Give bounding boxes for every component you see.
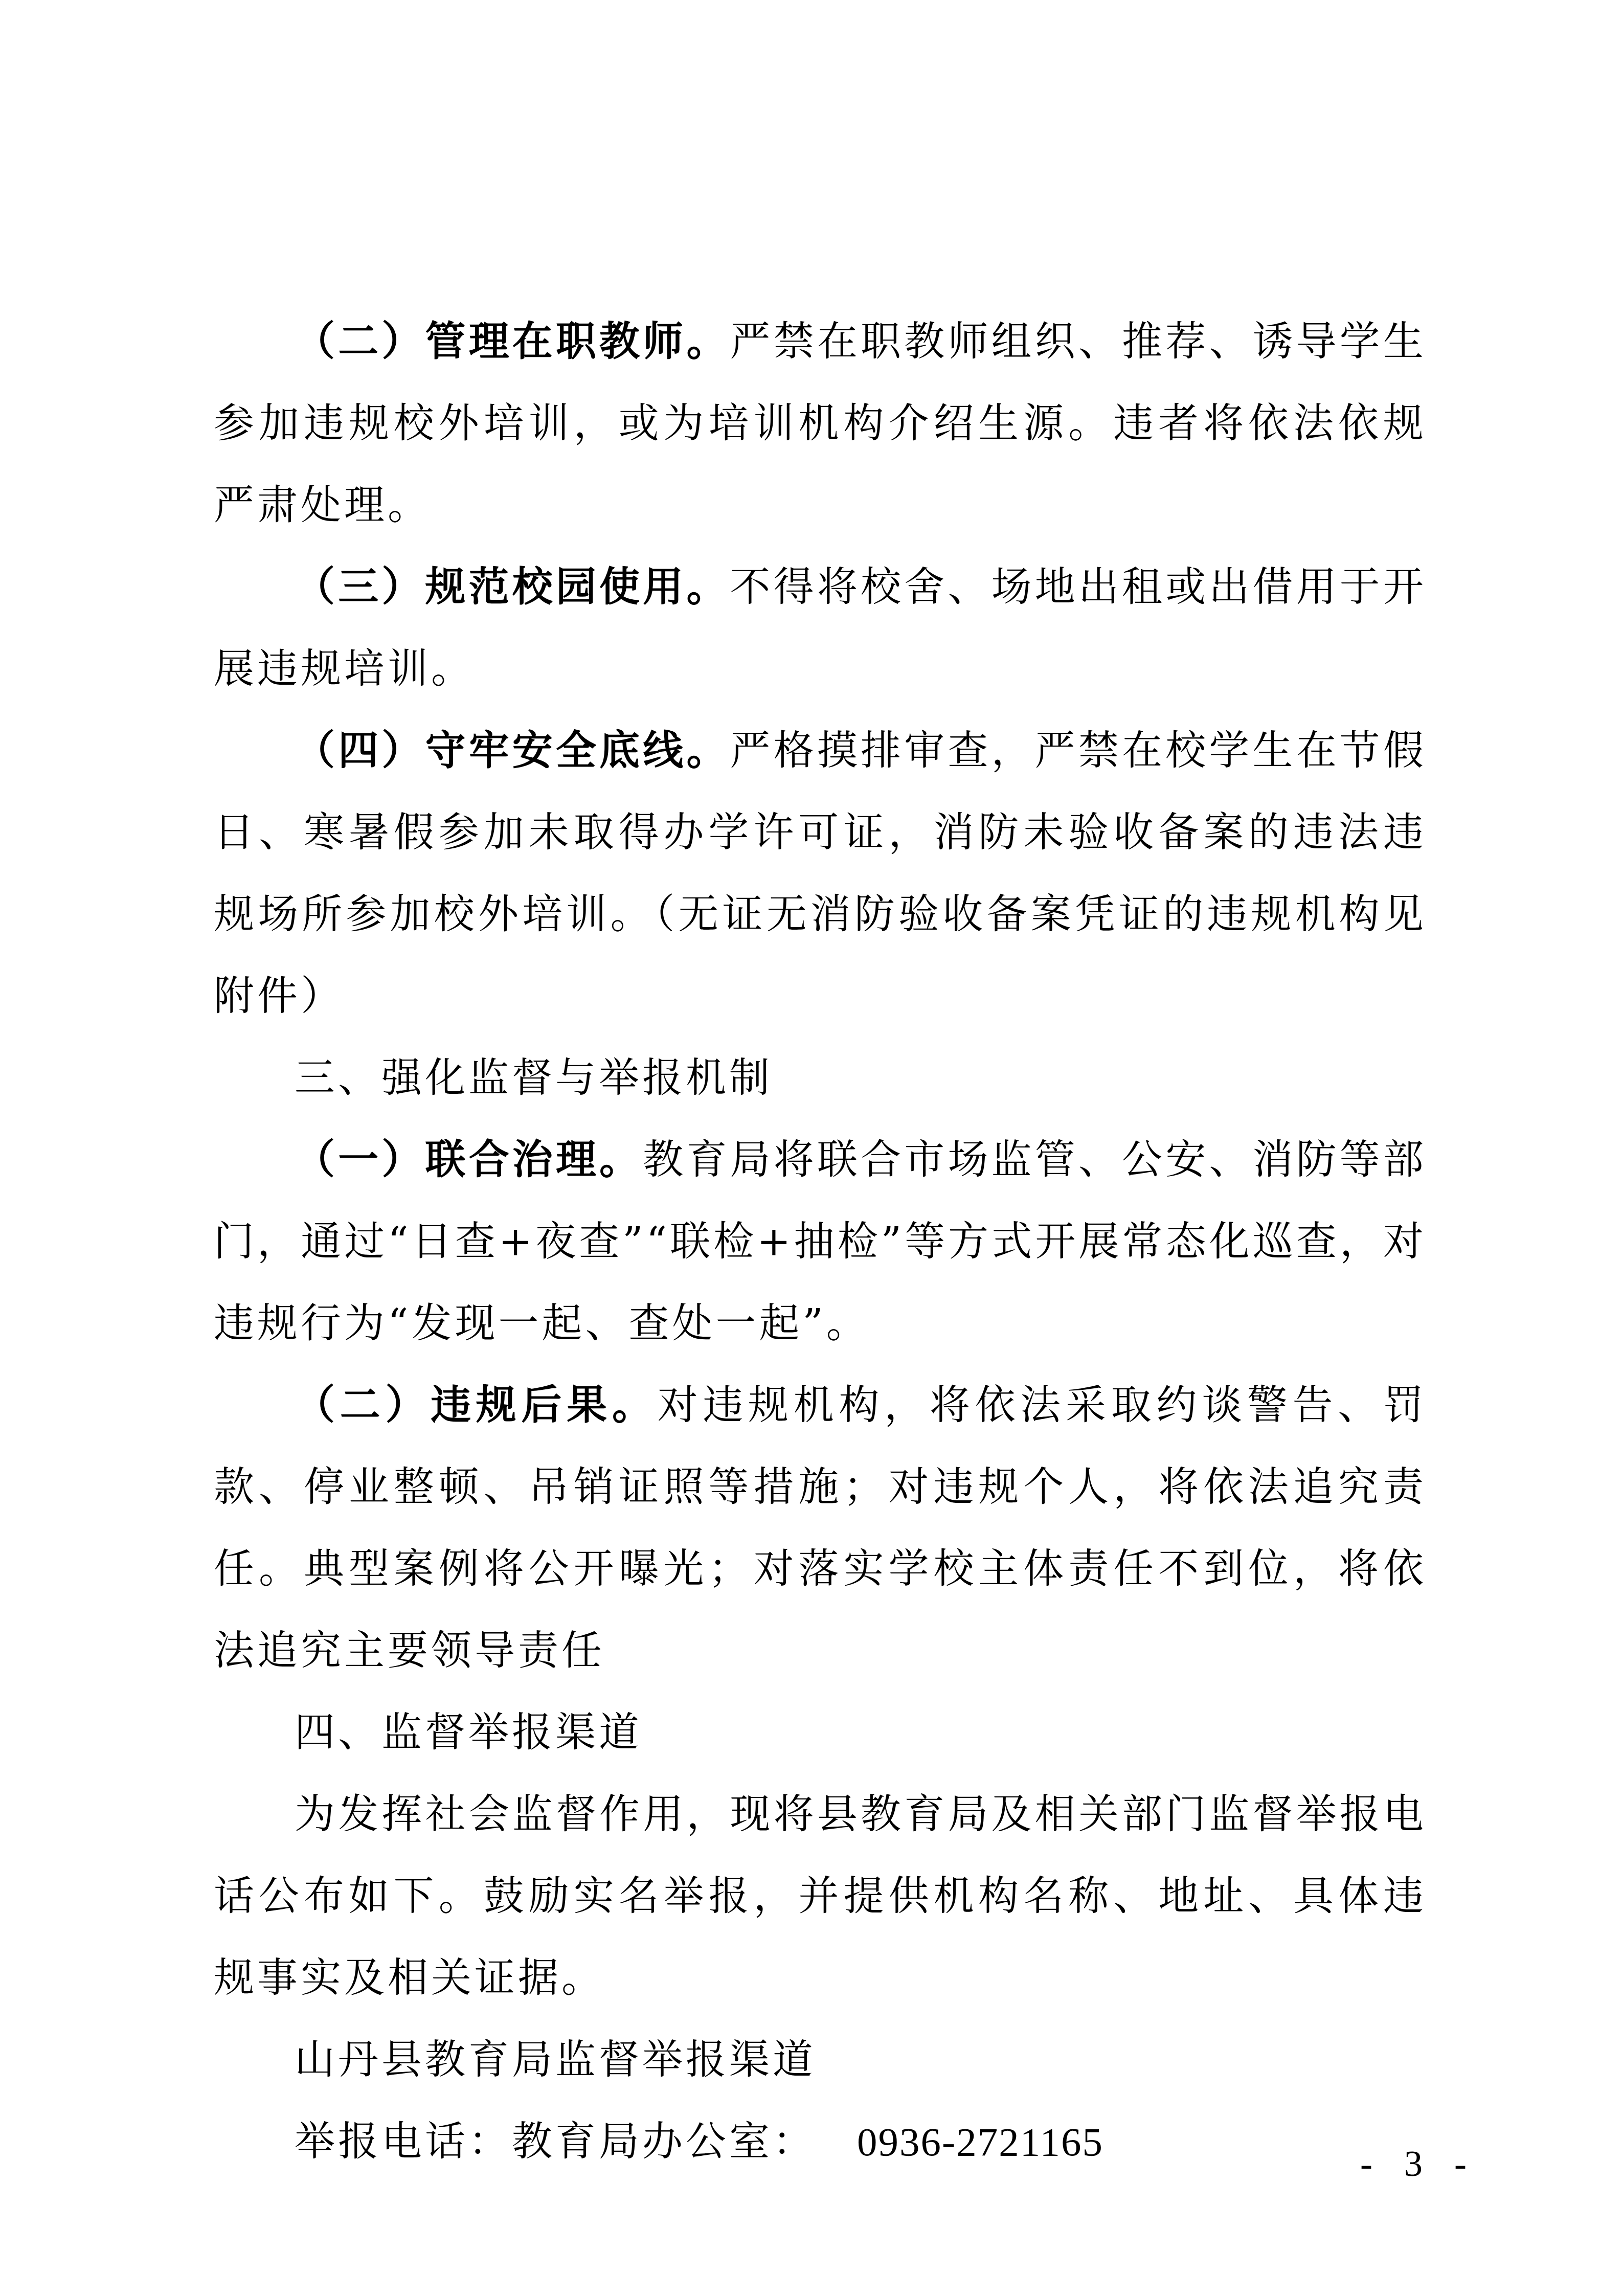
paragraph-lead: （三）规范校园使用。: [295, 564, 730, 611]
paragraph-manage-teachers: （二）管理在职教师。严禁在职教师组织、推荐、诱导学生参加违规校外培训，或为培训机…: [214, 301, 1427, 546]
section-heading-supervision: 三、强化监督与举报机制: [214, 1037, 1427, 1119]
page-number: - 3 -: [1360, 2143, 1478, 2185]
paragraph-violation-consequences: （二）违规后果。对违规机构，将依法采取约谈警告、罚款、停业整顿、吊销证照等措施；…: [214, 1364, 1427, 1692]
report-phone-label: 举报电话：教育局办公室：: [295, 2118, 816, 2165]
paragraph-lead: （二）管理在职教师。: [295, 318, 730, 365]
paragraph-report-intro: 为发挥社会监督作用，现将县教育局及相关部门监督举报电话公布如下。鼓励实名举报，并…: [214, 1773, 1427, 2019]
report-channel-title: 山丹县教育局监督举报渠道: [214, 2019, 1427, 2101]
document-page: （二）管理在职教师。严禁在职教师组织、推荐、诱导学生参加违规校外培训，或为培训机…: [0, 0, 1623, 2296]
paragraph-lead: （四）守牢安全底线。: [295, 727, 730, 774]
paragraph-safety-bottom-line: （四）守牢安全底线。严格摸排审查，严禁在校学生在节假日、寒暑假参加未取得办学许可…: [214, 710, 1427, 1037]
paragraph-lead: （二）违规后果。: [295, 1382, 658, 1429]
report-phone-number: 0936-2721165: [857, 2120, 1103, 2165]
document-body: （二）管理在职教师。严禁在职教师组织、推荐、诱导学生参加违规校外培训，或为培训机…: [214, 301, 1427, 2184]
paragraph-joint-governance: （一）联合治理。教育局将联合市场监管、公安、消防等部门，通过“日查+夜查”“联检…: [214, 1119, 1427, 1364]
report-phone-line: 举报电话：教育局办公室：0936-2721165: [214, 2101, 1427, 2184]
section-heading-report-channels: 四、监督举报渠道: [214, 1692, 1427, 1773]
paragraph-lead: （一）联合治理。: [295, 1136, 643, 1183]
paragraph-campus-use: （三）规范校园使用。不得将校舍、场地出租或出借用于开展违规培训。: [214, 546, 1427, 710]
